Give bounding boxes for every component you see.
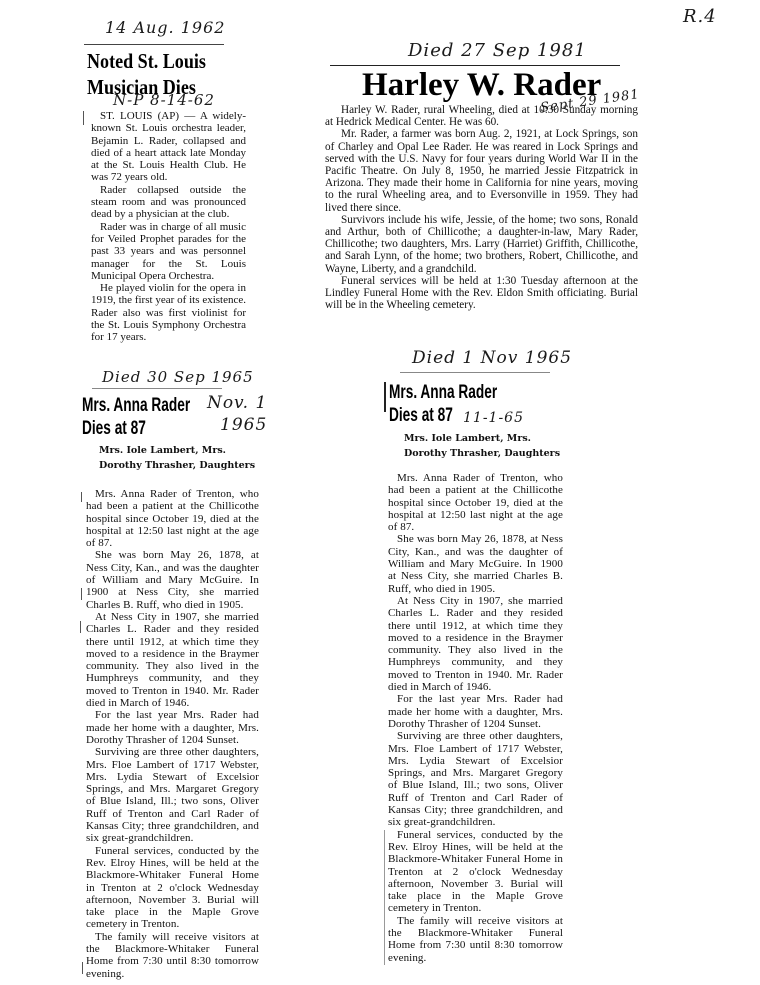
- margin-mark: [81, 492, 82, 502]
- subheadline: Mrs. Iole Lambert, Mrs. Dorothy Thrasher…: [404, 431, 560, 461]
- margin-mark: [82, 962, 83, 974]
- headline: Mrs. Anna Rader Dies at 87: [82, 394, 190, 440]
- headline-line-1: Mrs. Anna Rader: [82, 394, 190, 417]
- handwritten-date: Died 30 Sep 1965: [102, 368, 254, 386]
- paragraph: Mr. Rader, a farmer was born Aug. 2, 192…: [325, 128, 638, 213]
- paragraph: Funeral services, conducted by the Rev. …: [388, 829, 563, 915]
- subheadline: Mrs. Iole Lambert, Mrs. Dorothy Thrasher…: [99, 443, 255, 473]
- paragraph: The family will receive visitors at the …: [86, 931, 259, 980]
- paragraph: Funeral services will be held at 1:30 Tu…: [325, 275, 638, 312]
- paragraph: Surviving are three other daughters, Mrs…: [388, 730, 563, 828]
- handwritten-note: 11-1-65: [463, 410, 524, 426]
- handwritten-date: 14 Aug. 1962: [105, 18, 225, 37]
- handwritten-date: Died 27 Sep 1981: [408, 40, 587, 61]
- paragraph: ST. LOUIS (AP) — A widely-known St. Loui…: [91, 110, 246, 184]
- divider: [84, 44, 224, 45]
- headline-line-1: Noted St. Louis: [87, 48, 206, 74]
- corner-annotation: R.4: [683, 6, 717, 27]
- headline-line-2: Dies at 87: [82, 417, 190, 440]
- article-body: Mrs. Anna Rader of Trenton, who had been…: [86, 488, 259, 980]
- handwritten-note-line-2: 1965: [202, 414, 267, 436]
- divider: [92, 388, 222, 389]
- article-body: ST. LOUIS (AP) — A widely-known St. Loui…: [91, 110, 246, 344]
- paragraph: She was born May 26, 1878, at Ness City,…: [388, 533, 563, 594]
- paragraph: Harley W. Rader, rural Wheeling, died at…: [325, 104, 638, 128]
- paragraph: She was born May 26, 1878, at Ness City,…: [86, 549, 259, 610]
- handwritten-note-line-1: Nov. 1: [202, 392, 267, 414]
- margin-mark: [384, 830, 385, 965]
- paragraph: For the last year Mrs. Rader had made he…: [388, 693, 563, 730]
- paragraph: At Ness City in 1907, she married Charle…: [86, 611, 259, 709]
- subheadline-line-2: Dorothy Thrasher, Daughters: [99, 458, 255, 473]
- margin-mark: [81, 588, 82, 600]
- divider: [400, 372, 550, 373]
- paragraph: Surviving are three other daughters, Mrs…: [86, 746, 259, 844]
- handwritten-date: Died 1 Nov 1965: [412, 348, 572, 368]
- subheadline-line-1: Mrs. Iole Lambert, Mrs.: [99, 443, 255, 458]
- article-body: Harley W. Rader, rural Wheeling, died at…: [325, 104, 638, 311]
- handwritten-note: N-P 8-14-62: [113, 91, 215, 109]
- handwritten-note: Nov. 1 1965: [202, 392, 267, 436]
- paragraph: Rader collapsed outside the steam room a…: [91, 184, 246, 221]
- margin-mark: [384, 382, 386, 412]
- paragraph: Mrs. Anna Rader of Trenton, who had been…: [86, 488, 259, 549]
- paragraph: For the last year Mrs. Rader had made he…: [86, 709, 259, 746]
- paragraph: He played violin for the opera in 1919, …: [91, 282, 246, 343]
- margin-mark: [80, 621, 81, 633]
- paragraph: At Ness City in 1907, she married Charle…: [388, 595, 563, 693]
- paragraph: Survivors include his wife, Jessie, of t…: [325, 214, 638, 275]
- paragraph: Funeral services, conducted by the Rev. …: [86, 845, 259, 931]
- paragraph: The family will receive visitors at the …: [388, 915, 563, 964]
- subheadline-line-1: Mrs. Iole Lambert, Mrs.: [404, 431, 560, 446]
- subheadline-line-2: Dorothy Thrasher, Daughters: [404, 446, 560, 461]
- paragraph: Rader was in charge of all music for Vei…: [91, 221, 246, 282]
- paragraph: Mrs. Anna Rader of Trenton, who had been…: [388, 472, 563, 533]
- margin-mark: [83, 111, 84, 125]
- headline-line-1: Mrs. Anna Rader: [389, 381, 497, 404]
- article-body: Mrs. Anna Rader of Trenton, who had been…: [388, 472, 563, 964]
